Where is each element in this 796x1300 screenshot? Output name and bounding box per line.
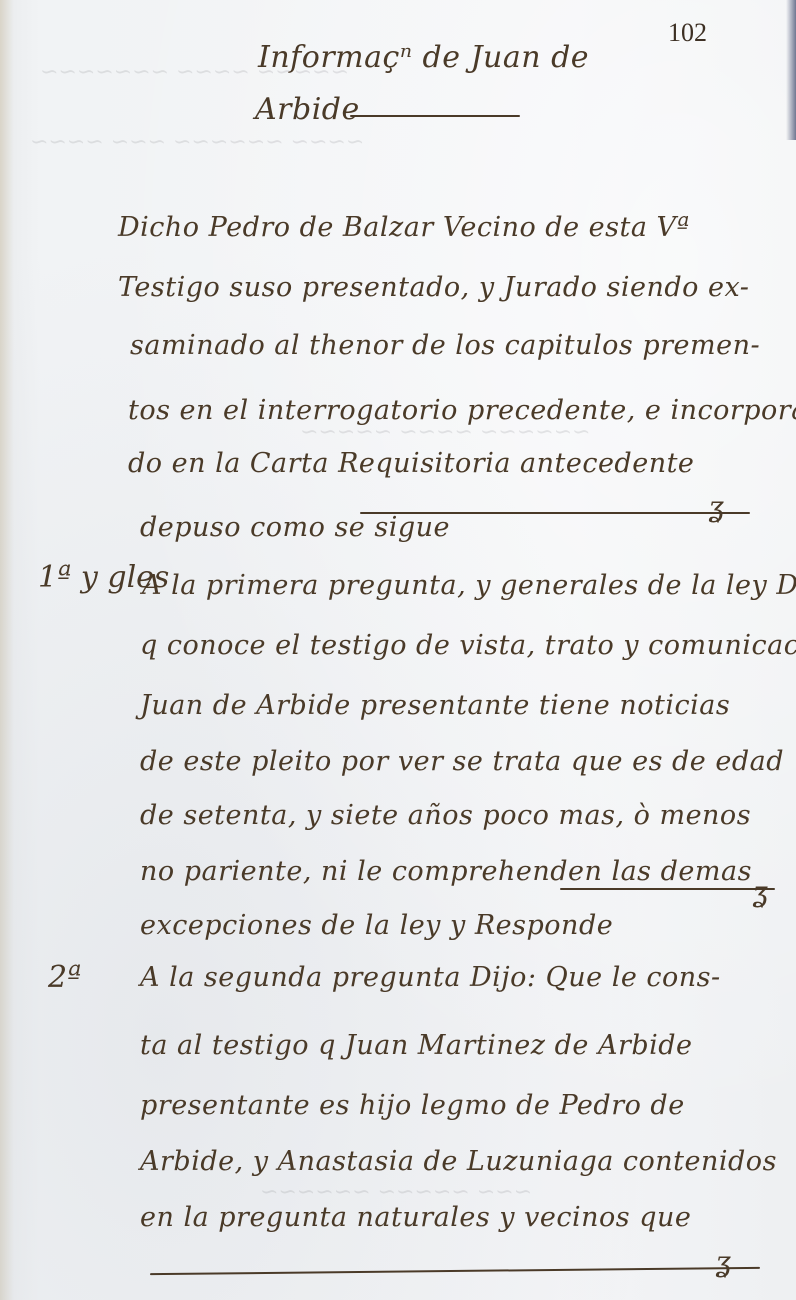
- body-line: Dicho Pedro de Balzar Vecino de esta Vª: [118, 212, 690, 243]
- flourish-mark: ʓ: [752, 875, 768, 908]
- body-line: A la primera pregunta, y generales de la…: [142, 570, 796, 601]
- body-line: ta al testigo q Juan Martinez de Arbide: [140, 1030, 693, 1061]
- body-line: en la pregunta naturales y vecinos que: [140, 1202, 691, 1233]
- line-filler-rule: [560, 888, 775, 890]
- manuscript-page: ~~~~~ ~~~~ ~~~~~~~ ~~~~ ~~~~~~ ~~~ ~~~~ …: [0, 0, 796, 1300]
- margin-note-second-question: 2ª: [48, 960, 81, 995]
- margin-note-first-question: 1ª y gles: [38, 560, 169, 595]
- body-line: presentante es hijo legmo de Pedro de: [140, 1090, 685, 1121]
- closing-rule: [150, 1267, 760, 1275]
- body-line: q conoce el testigo de vista, trato y co…: [140, 630, 796, 661]
- body-line: A la segunda pregunta Dijo: Que le cons-: [140, 962, 721, 993]
- body-line: Arbide, y Anastasia de Luzuniaga conteni…: [140, 1146, 777, 1177]
- body-line: saminado al thenor de los capitulos prem…: [130, 330, 760, 361]
- bleed-through: ~~~~ ~~~~~~ ~~~ ~~~~: [30, 130, 364, 155]
- header-line-1: Informaçⁿ de Juan de: [258, 40, 589, 75]
- body-line: do en la Carta Requisitoria antecedente: [128, 448, 694, 479]
- body-line: depuso como se sigue: [140, 512, 450, 543]
- body-line: Juan de Arbide presentante tiene noticia…: [140, 690, 730, 721]
- header-line-2: Arbide: [255, 92, 360, 127]
- body-line: Testigo suso presentado, y Jurado siendo…: [118, 272, 749, 303]
- line-filler-rule: [360, 512, 750, 514]
- body-line: tos en el interrogatorio precedente, e i…: [128, 395, 796, 426]
- flourish-mark: ʓ: [715, 1245, 731, 1278]
- folio-number: 102: [668, 18, 707, 48]
- page-edge-shadow: [786, 0, 796, 140]
- body-line: de este pleito por ver se trata que es d…: [140, 746, 784, 777]
- body-line: excepciones de la ley y Responde: [140, 910, 613, 941]
- flourish-mark: ʓ: [708, 490, 724, 523]
- header-underline: [350, 115, 520, 117]
- body-line: no pariente, ni le comprehenden las dema…: [140, 856, 752, 887]
- body-line: de setenta, y siete años poco mas, ò men…: [140, 800, 751, 831]
